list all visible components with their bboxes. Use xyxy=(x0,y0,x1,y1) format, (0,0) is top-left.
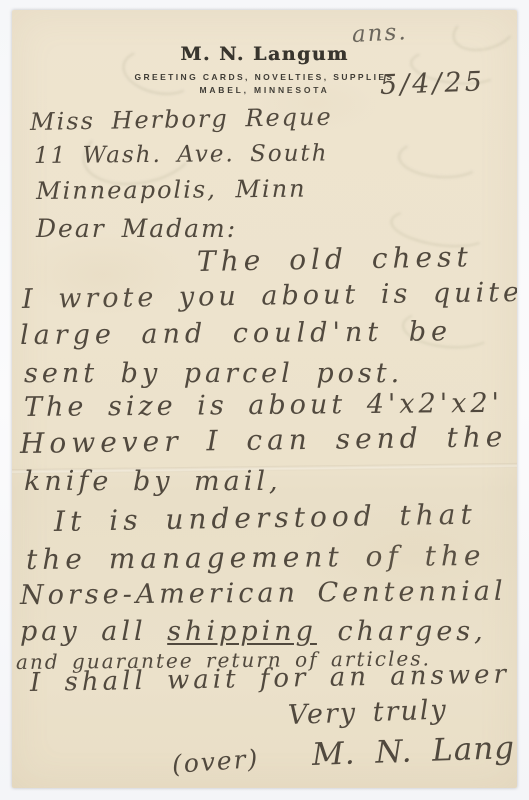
body-line: the management of the xyxy=(26,542,486,574)
recipient-street-line: 11 Wash. Ave. South xyxy=(34,142,329,168)
pay-line-pre: pay all xyxy=(20,616,167,647)
body-line: However I can send the xyxy=(20,423,508,458)
body-line: The old chest xyxy=(197,243,473,276)
pay-charges-line: pay all shipping charges, xyxy=(20,618,487,645)
body-line: The size is about 4'x2'x2' xyxy=(24,390,503,421)
body-line: knife by mail, xyxy=(24,468,282,495)
closing-line: Very truly xyxy=(288,696,449,729)
bleedthrough-mark xyxy=(397,137,483,181)
letter-paper: ans. M. N. Langum Greeting Cards, Novelt… xyxy=(12,10,517,788)
signature-line: M. N. Langum xyxy=(311,731,517,771)
salutation-line: Dear Madam: xyxy=(36,216,237,241)
recipient-name-line: Miss Herborg Reque xyxy=(30,105,333,134)
body-line: I wrote you about is quite xyxy=(22,279,517,313)
date-handwritten: 5/4/25 xyxy=(380,68,486,99)
scanned-letter: ans. M. N. Langum Greeting Cards, Novelt… xyxy=(0,0,529,800)
recipient-city-line: Minneapolis, Minn xyxy=(36,177,307,203)
shipping-underlined: shipping xyxy=(167,616,317,647)
pay-line-post: charges, xyxy=(317,616,487,647)
body-line: Norse-American Centennial xyxy=(20,578,507,609)
body-line: sent by parcel post. xyxy=(24,360,403,387)
body-line: It is understood that xyxy=(54,501,477,536)
over-note: (over) xyxy=(171,746,260,777)
body-line: large and could'nt be xyxy=(20,318,452,349)
letterhead-name: M. N. Langum xyxy=(12,43,517,65)
wait-answer-line: I shall wait for an answer xyxy=(30,662,510,696)
